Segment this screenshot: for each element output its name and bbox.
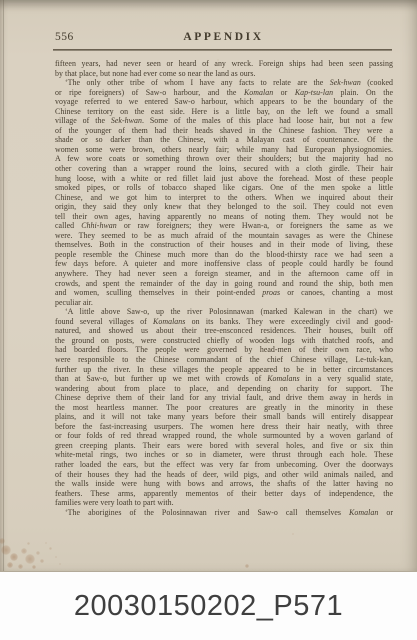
text-line: ‘The aborigines of the Polosinnawan rive… [55,508,393,518]
text-line: families were very loath to part with. [55,498,393,508]
text-line: the walls inside were hung with bows and… [55,479,393,489]
foxing-spot [27,542,30,545]
text-line: green creeping plants. Their ears were b… [55,441,393,451]
text-line: feathers. These arms, apparently memento… [55,489,393,499]
foxing-spot [32,565,36,569]
text-line: themselves. Both in the construction of … [55,240,393,250]
foxing-spot [59,563,61,565]
text-line: natured, and showed us about their tree-… [55,326,393,336]
foxing-spot [55,556,57,558]
text-line: Chinese, and we got him to interpret to … [55,193,393,203]
text-line: fifteen years, had never seen or heard o… [55,59,393,69]
header-rule [53,49,392,51]
foxing-spot [245,564,248,567]
book-page: 556 APPENDIX fifteen years, had never se… [0,0,417,572]
text-line: ‘A little above Saw-o, up the river Polo… [55,307,393,317]
foxing-spot [18,564,23,569]
foxing-spot [1,545,11,555]
text-line: had boarded floors. The people were gove… [55,345,393,355]
text-line: or four folds of red thread wrapped roun… [55,431,393,441]
text-line: smoked pipes, or rolls of tobacco shaped… [55,183,393,193]
text-line: found several villages of Komalans on it… [55,317,393,327]
text-line: or ripe foreigners) of Saw-o harbour, an… [55,88,393,98]
text-line: the most heartless manner. The poor crea… [55,403,393,413]
foxing-spot [25,554,35,564]
foxing-spot [49,547,52,550]
text-line: tell their own ages, having apparently n… [55,212,393,222]
appendix-title: APPENDIX [55,31,392,43]
text-line: and women, sculling themselves in their … [55,288,393,298]
text-line: other covering than a wrapper round the … [55,164,393,174]
foxing-spot [36,551,40,555]
text-line: of their houses they had the heads of de… [55,470,393,480]
text-line: than at Saw-o, but further up we met wit… [55,374,393,384]
scan-label: 20030150202_P571 [74,590,343,623]
text-line: people resemble the Chinese much more th… [55,250,393,260]
foxing-spot [45,542,47,544]
text-line: were responsible to the Chinese commanda… [55,355,393,365]
foxing-spot [0,538,5,544]
text-line: wandering about from place to place, and… [55,384,393,394]
text-line: peculiar air. [55,298,393,308]
text-line: crowds, and spent the remainder of the d… [55,279,393,289]
foxing-spot [292,533,294,535]
text-line: called Chhi-hwan or raw foreigners; they… [55,221,393,231]
text-line: before the fast-increasing usurpers. The… [55,422,393,432]
text-line: origin, they said they only knew that th… [55,202,393,212]
scan-footer: 20030150202_P571 [0,572,417,640]
text-line: of the younger of them had their heads s… [55,126,393,136]
text-line: Chinese deprive them of their land for a… [55,393,393,403]
text-line: white-metal rings, two inches or so in d… [55,450,393,460]
text-line: few days before. A quieter and more inof… [55,259,393,269]
text-line: by that place, but none had ever come so… [55,69,393,79]
text-line: women some were brown, others nearly fai… [55,145,393,155]
body-text: fifteen years, had never seen or heard o… [55,59,393,517]
text-line: plains, and it will not take many years … [55,412,393,422]
foxing-spot [21,548,27,554]
text-line: village of the Sek-hwan. Some of the mal… [55,116,393,126]
foxing-spot [10,553,18,561]
text-line: the ground on posts, were constructed ch… [55,336,393,346]
text-line: rather loaded the ears, but the effect w… [55,460,393,470]
text-line: anywhere. They had never seen a foreign … [55,269,393,279]
text-line: A few wore coats or something thrown ove… [55,154,393,164]
foxing-spot [40,559,44,563]
text-line: shade or so darker than the Chinese, wit… [55,135,393,145]
text-line: voyage referred to we entered Saw-o harb… [55,97,393,107]
text-line: hung loose, with a white or red fillet l… [55,174,393,184]
foxing-spot [7,562,13,568]
text-line: Chinese territory on the east side. Here… [55,107,393,117]
text-line: were. They seemed to be as much afraid o… [55,231,393,241]
text-line: ‘The only other tribe of whom I have any… [55,78,393,88]
page-header: 556 APPENDIX [55,31,392,46]
text-line: further up the river. In these villages … [55,365,393,375]
